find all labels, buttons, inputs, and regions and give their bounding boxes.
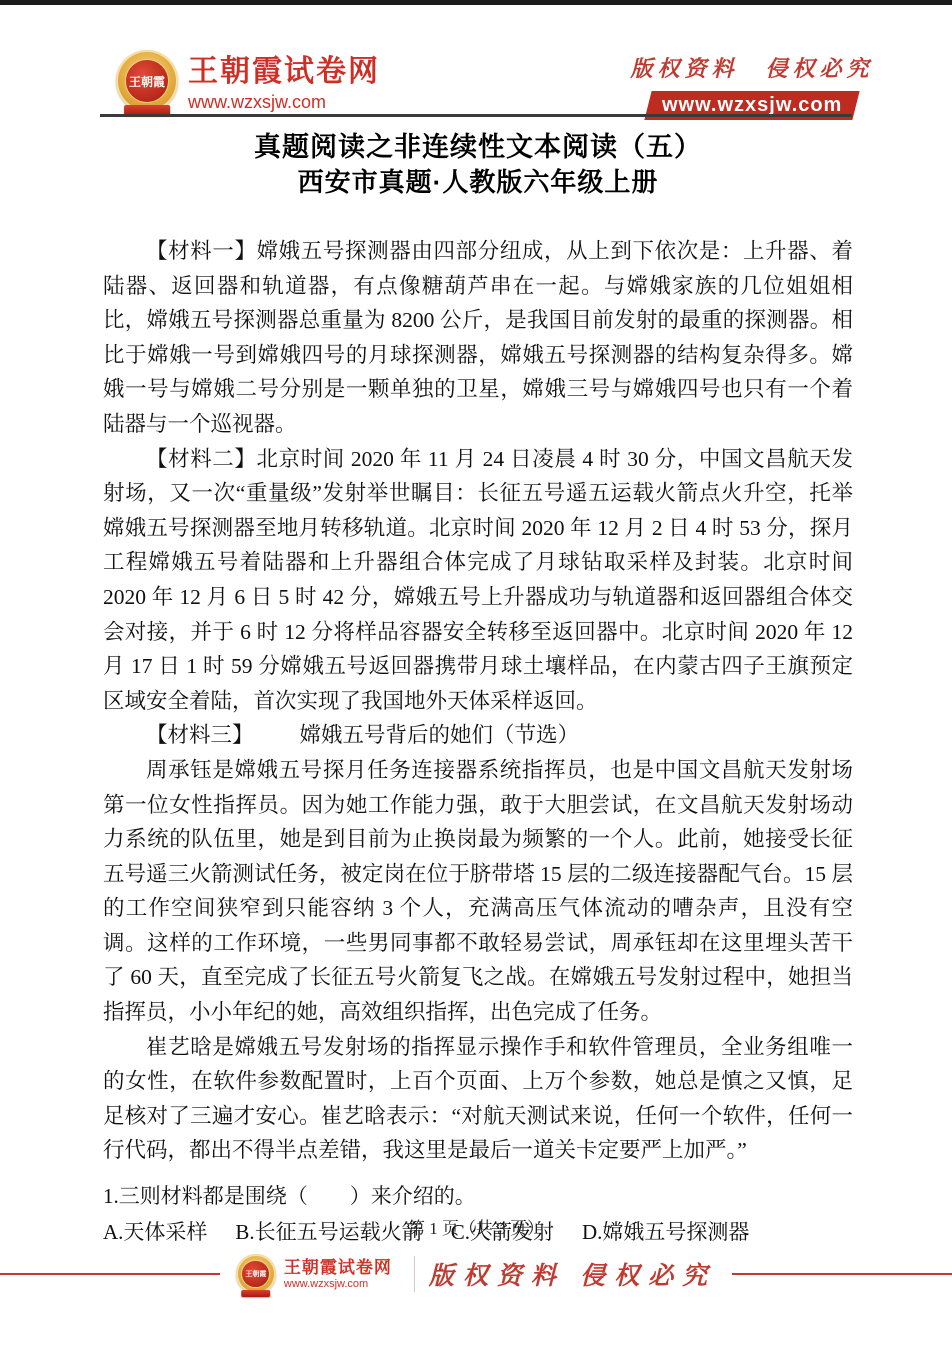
material-2-text: 北京时间 2020 年 11 月 24 日凌晨 4 时 30 分，中国文昌航天发… [103,447,853,713]
site-brand: 王朝霞 王朝霞试卷网 www.wzxsjw.com [116,50,380,112]
question-1-stem: 1.三则材料都是围绕（ ）来介绍的。 [103,1178,853,1214]
brand-text: 王朝霞试卷网 www.wzxsjw.com [188,50,380,111]
window-top-edge [0,0,952,5]
material-3-paragraph-2: 崔艺晗是嫦娥五号发射场的指挥显示操作手和软件管理员，全业务组唯一的女性，在软件参… [103,1030,853,1168]
page-number: 第 1 页（共 3 页） [0,1214,952,1239]
footer-line-left [0,1273,220,1275]
material-3-paragraph-1: 周承钰是嫦娥五号探月任务连接器系统指挥员，也是中国文昌航天发射场第一位女性指挥员… [103,753,853,1030]
footer-seal-core: 王朝霞 [241,1260,270,1289]
footer-brand-text: 王朝霞试卷网 www.wzxsjw.com [284,1259,392,1290]
footer-seal-icon: 王朝霞 [236,1254,276,1294]
site-url: www.wzxsjw.com [188,93,380,112]
footer-site-name: 王朝霞试卷网 [284,1259,392,1276]
brand-seal-icon: 王朝霞 [116,50,178,112]
material-1-text: 嫦娥五号探测器由四部分纽成，从上到下依次是：上升器、着陆器、返回器和轨道器，有点… [103,239,853,436]
copyright-notice: 版权资料 侵权必究 [626,52,878,83]
material-2-label: 【材料二】 [146,447,257,471]
footer-line-right [732,1273,952,1275]
footer-seal-text: 王朝霞 [245,1269,266,1279]
copyright-block: 版权资料 侵权必究 www.wzxsjw.com [626,52,878,120]
material-1-paragraph: 【材料一】嫦娥五号探测器由四部分纽成，从上到下依次是：上升器、着陆器、返回器和轨… [103,234,853,442]
document-page: 王朝霞 王朝霞试卷网 www.wzxsjw.com 版权资料 侵权必究 www.… [0,0,952,1347]
page-title: 真题阅读之非连续性文本阅读（五） [103,130,853,165]
seal-text: 王朝霞 [129,73,165,90]
material-3-label: 【材料三】 [146,723,254,747]
material-3-heading: 【材料三】嫦娥五号背后的她们（节选） [103,718,853,753]
header-divider [100,114,852,117]
seal-core: 王朝霞 [125,59,170,104]
material-3-title: 嫦娥五号背后的她们（节选） [300,723,580,747]
footer-banner: 王朝霞 王朝霞试卷网 www.wzxsjw.com 版权资料 侵权必究 [0,1248,952,1300]
footer-site-url: www.wzxsjw.com [284,1279,392,1290]
material-1-label: 【材料一】 [146,239,257,263]
footer-brand: 王朝霞 王朝霞试卷网 www.wzxsjw.com [236,1254,392,1294]
site-name: 王朝霞试卷网 [188,56,380,88]
footer-copyright-notice: 版权资料 侵权必究 [429,1256,716,1292]
footer-divider [414,1256,415,1292]
material-2-paragraph: 【材料二】北京时间 2020 年 11 月 24 日凌晨 4 时 30 分，中国… [103,442,853,719]
footer-seal-ribbon [241,1290,271,1297]
page-subtitle: 西安市真题·人教版六年级上册 [103,165,853,200]
document-content: 真题阅读之非连续性文本阅读（五） 西安市真题·人教版六年级上册 【材料一】嫦娥五… [103,122,853,1250]
